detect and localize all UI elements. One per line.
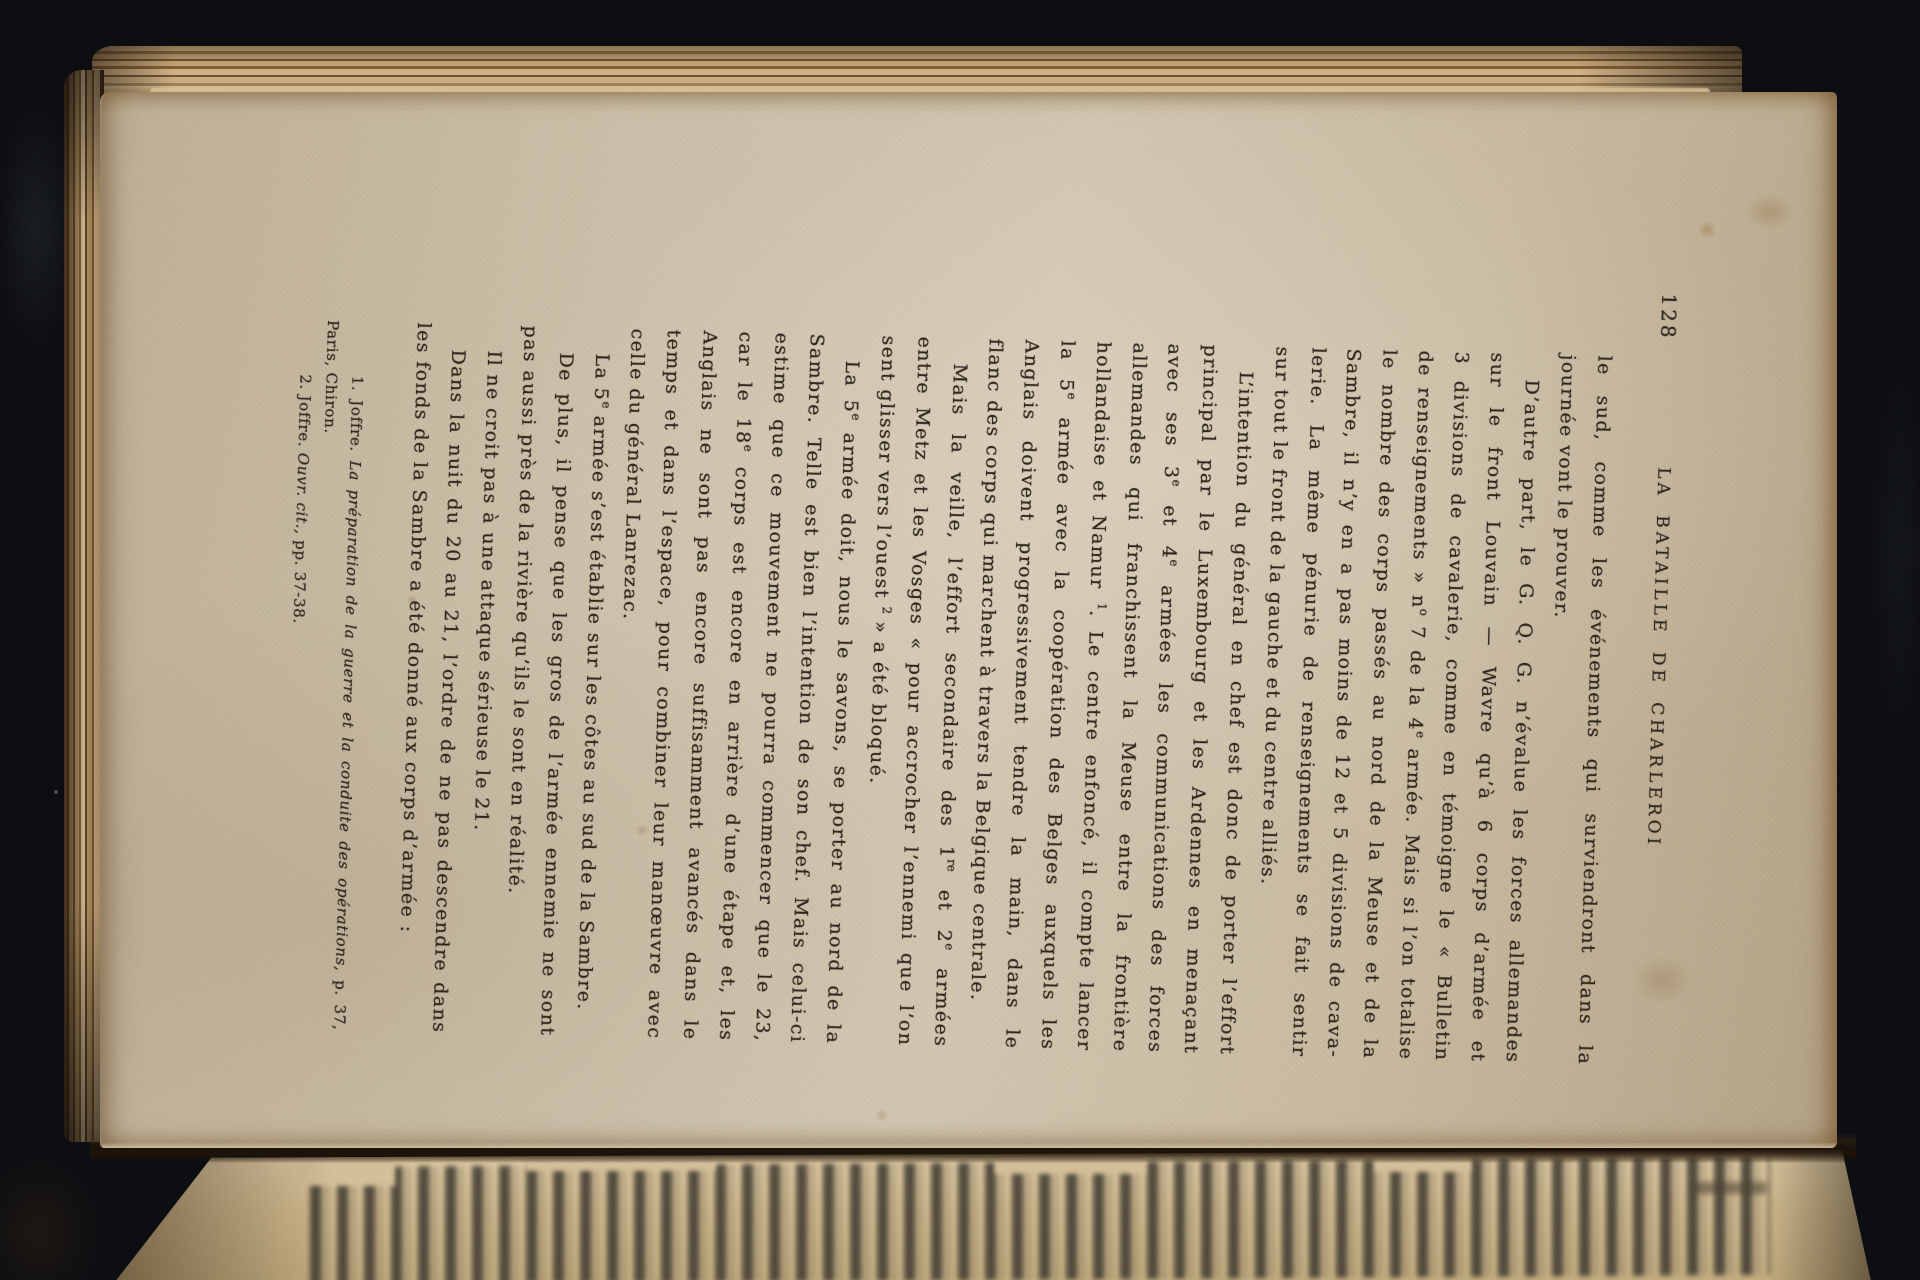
page-body-text: le sud, comme les événements qui survien… — [385, 322, 1621, 1066]
book-page: 128 LA BATAILLE DE CHARLEROI le sud, com… — [100, 92, 1837, 1148]
page-rotated-content: 128 LA BATAILLE DE CHARLEROI le sud, com… — [100, 92, 1837, 1148]
dust-speck — [54, 790, 58, 794]
underlying-page — [95, 1150, 1885, 1280]
underlying-page-blurred-header — [1693, 1182, 1767, 1194]
background-smudge — [1850, 250, 1920, 850]
underlying-page-shadow — [1765, 1150, 1885, 1280]
page-number: 128 — [1656, 293, 1681, 341]
running-title: LA BATAILLE DE CHARLEROI — [1643, 467, 1674, 849]
underlying-page-shadow — [95, 1150, 335, 1280]
page-stack-left-edge — [64, 70, 104, 1142]
page-header: 128 LA BATAILLE DE CHARLEROI — [1633, 357, 1680, 1067]
underlying-page-blurred-text — [310, 1157, 1770, 1280]
page-footnotes: 1. Joffre. La préparation de la guerre e… — [274, 319, 372, 1031]
